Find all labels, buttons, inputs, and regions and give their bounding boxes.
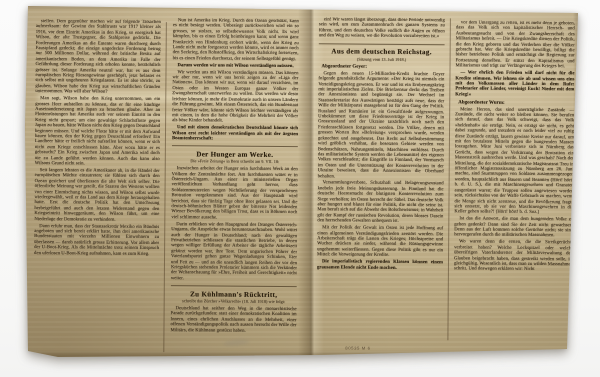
column-rule-left-page <box>163 22 167 352</box>
paragraph: Mit der Politik der Gewalt im Osten ist … <box>317 225 443 258</box>
section-heading: Zu Kühlmann's Rücktritt, <box>171 285 297 298</box>
paragraph: Seit langem lehnten es die Amerikaner ab… <box>34 168 159 223</box>
document-sheet: stellen. Dem gegenüber machen wir auf fo… <box>18 6 580 358</box>
paragraph: Gegen den neuen 15-Milliarden-Kredit bra… <box>318 71 445 180</box>
speaker-label: Abgeordneter Wurm: <box>455 100 574 106</box>
text-column-2: Nun ist Amerika im Krieg. Durch den Ozea… <box>170 18 299 358</box>
paragraph: Dann erfuhr man, dass der Staatssekretär… <box>34 224 159 257</box>
section-heading: Aus dem deutschen Reichstag. <box>319 43 445 56</box>
paragraph: stellen. Dem gegenüber machen wir auf fo… <box>35 19 161 96</box>
paragraph: Wir werden uns mit Wilson verständigen m… <box>172 70 298 125</box>
paragraph: Deutschland hat seither den Weg in die m… <box>170 306 296 334</box>
paragraph: Versammlungsverbote, Schutzhaft und Bela… <box>317 181 443 225</box>
paragraph: Man sagt, Wilson habe den Krieg unternom… <box>35 96 161 167</box>
bold-paragraph: Die imperialistisch regierenden Klassen … <box>317 259 443 271</box>
text-column-3: ein! Wir waren längst überzeugt, dass di… <box>316 17 445 356</box>
paragraph: ein! Wir waren längst überzeugt, dass di… <box>319 17 445 40</box>
bold-paragraph: Darum werden wir uns mit Wilson verständ… <box>173 63 299 69</box>
text-column-4: vor dem Untergang zu retten, ist es mehr… <box>453 20 575 345</box>
text-column-1: stellen. Dem gegenüber machen wir auf fo… <box>33 19 161 357</box>
section-subtitle: schreibt das Zürcher »Volksrecht« (18. J… <box>171 299 297 305</box>
photo-background: stellen. Dem gegenüber machen wir auf fo… <box>0 0 600 377</box>
paragraph: Nun ist Amerika im Krieg. Durch den Ozea… <box>173 18 299 62</box>
paragraph: vor dem Untergang zu retten, ist es mehr… <box>456 20 575 70</box>
section-subtitle: Die »Freie Zeitung« in Bern schreibt am … <box>172 160 298 166</box>
printed-content: stellen. Dem gegenüber machen wir auf fo… <box>15 6 580 362</box>
paragraph: Inzwischen arbeitet der Hunger sein furc… <box>171 166 297 221</box>
paper-surface: stellen. Dem gegenüber machen wir auf fo… <box>18 6 580 358</box>
paragraph: Darin erblicken wir den Hauptgrund des D… <box>171 222 297 282</box>
speaker-label: Abgeordneter Geyer: <box>319 64 445 70</box>
bold-paragraph: Und mit einem demokratischen Deutschland… <box>172 125 298 142</box>
column-rule-right-page <box>447 18 451 340</box>
section-heading: Der Hunger am Werke. <box>172 146 298 159</box>
catalog-stamp: 80535 M 6 <box>345 346 370 351</box>
section-subtitle: (Sitzung vom 13. Juli 1918.) <box>319 57 445 63</box>
paragraph: Meine Herren, das sind unerträgliche Zus… <box>454 107 574 216</box>
paragraph: Ist das die Antwort, die man dem hungern… <box>454 217 573 240</box>
paragraph: Wo waren denn die ersten, die die Streik… <box>454 240 573 273</box>
bold-paragraph: — Wer ehrlich den Frieden will darf nich… <box>455 71 574 99</box>
